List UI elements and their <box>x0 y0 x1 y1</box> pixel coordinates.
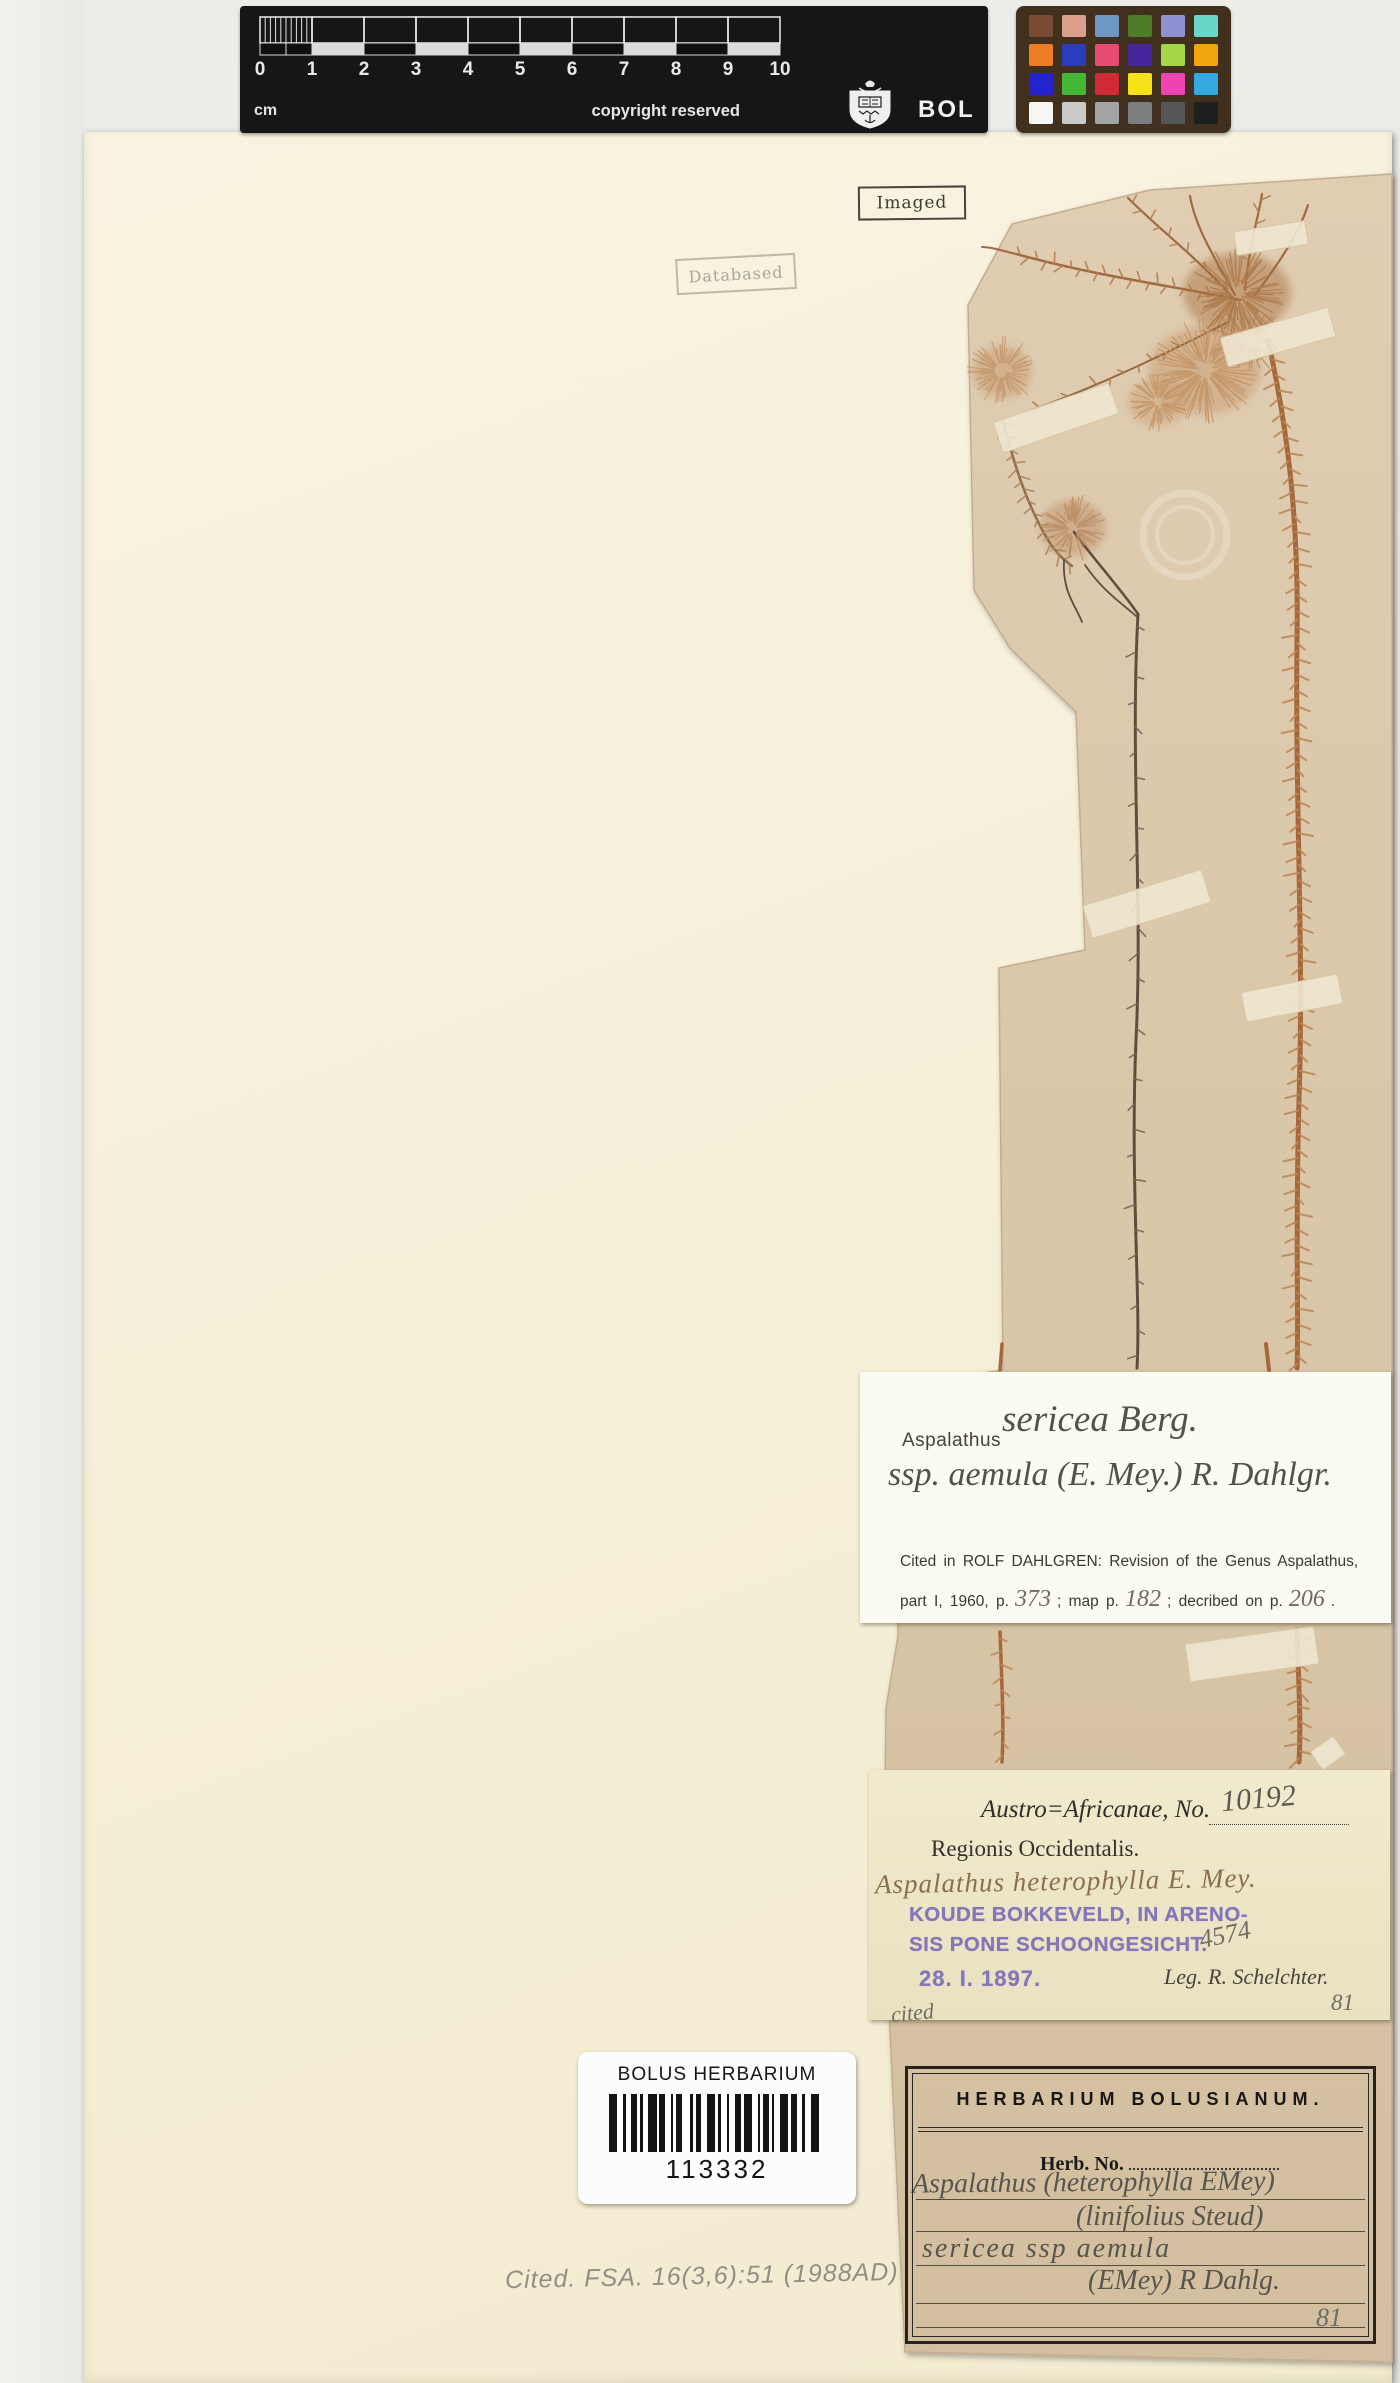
bolus-pencil-number: 81 <box>1316 2303 1342 2333</box>
color-patch <box>1194 102 1218 124</box>
color-patch <box>1161 44 1185 66</box>
herbarium-sheet <box>84 132 1392 2383</box>
collector-printed: Leg. R. Schelchter. <box>1164 1964 1328 1990</box>
ruler-number: 2 <box>351 59 377 81</box>
ruled-line <box>916 2303 1365 2304</box>
species-ink-handwritten: Aspalathus heterophylla E. Mey. <box>875 1863 1257 1901</box>
color-patch <box>1095 44 1119 66</box>
ruled-line <box>916 2327 1365 2328</box>
databased-stamp: Databased <box>675 253 797 295</box>
series-title: Austro=Africanae, No. <box>981 1796 1210 1824</box>
bolus-hand-line3: sericea ssp aemula <box>922 2233 1171 2265</box>
color-patch <box>1194 73 1218 95</box>
ruler-number: 0 <box>247 59 273 81</box>
cited-pencil-note: cited <box>890 1998 935 2028</box>
color-patch <box>1029 15 1053 37</box>
bolus-hand-line4: (EMey) R Dahlg. <box>1088 2265 1280 2297</box>
color-patch <box>1128 15 1152 37</box>
pencil-number: 81 <box>1331 1990 1354 2016</box>
locality-stamp-line1: KOUDE BOKKEVELD, IN ARENO- <box>909 1903 1248 1927</box>
citation-end: . <box>1331 1593 1335 1610</box>
citation-line2: part I, 1960, p.373; map p.182; decribed… <box>900 1577 1358 1621</box>
color-patch <box>1062 102 1086 124</box>
cited-page-number: 373 <box>1009 1586 1057 1612</box>
color-patch <box>1062 73 1086 95</box>
region-printed: Regionis Occidentalis. <box>931 1836 1139 1862</box>
locality-stamp-line2: SIS PONE SCHOONGESICHT. <box>909 1933 1208 1957</box>
ruler-number: 3 <box>403 59 429 81</box>
copyright-text: copyright reserved <box>440 102 740 121</box>
ruler-number: 1 <box>299 59 325 81</box>
color-patch <box>1161 102 1185 124</box>
scale-bar-card: 0 1 2 3 4 5 6 7 8 9 10 cm copyright rese… <box>240 6 988 133</box>
color-patch <box>1029 73 1053 95</box>
color-patch <box>1194 15 1218 37</box>
ruler-number: 4 <box>455 59 481 81</box>
described-page-number: 206 <box>1283 1586 1331 1612</box>
ruler-number: 9 <box>715 59 741 81</box>
color-patch <box>1161 15 1185 37</box>
map-page-number: 182 <box>1119 1586 1167 1612</box>
imaged-stamp: Imaged <box>858 185 966 220</box>
ruler-number: 6 <box>559 59 585 81</box>
citation-text: Cited in ROLF DAHLGREN: Revision of the … <box>900 1548 1358 1621</box>
subspecies-handwritten: ssp. aemula (E. Mey.) R. Dahlgr. <box>888 1456 1332 1494</box>
databased-stamp-text: Databased <box>688 262 784 286</box>
color-patch <box>1161 73 1185 95</box>
color-patch <box>1062 44 1086 66</box>
collection-number: 10192 <box>1220 1779 1298 1819</box>
map-prefix: ; map p. <box>1057 1593 1119 1610</box>
uct-crest-icon <box>832 76 908 130</box>
barcode-icon <box>609 2094 825 2152</box>
bolus-hand-line1: Aspalathus (heterophylla EMey) <box>912 2165 1275 2200</box>
institution-name: BOLUS HERBARIUM <box>578 2064 856 2086</box>
ruler-number: 10 <box>767 59 793 81</box>
color-patch <box>1128 44 1152 66</box>
color-patch <box>1128 73 1152 95</box>
collection-label: Austro=Africanae, No. 10192 Regionis Occ… <box>869 1770 1390 2020</box>
described-prefix: ; decribed on p. <box>1167 1593 1283 1610</box>
citation-part-prefix: part I, 1960, p. <box>900 1593 1009 1610</box>
color-checker-card <box>1016 6 1231 133</box>
accession-number: 113332 <box>578 2154 856 2185</box>
color-patch <box>1194 44 1218 66</box>
bolus-herbarium-label: HERBARIUM BOLUSIANUM. Herb. No. Aspalath… <box>905 2066 1376 2344</box>
ruler-graphic <box>252 16 792 56</box>
barcode-label: BOLUS HERBARIUM 113332 <box>578 2052 856 2204</box>
date-stamp: 28. I. 1897. <box>919 1966 1041 1992</box>
color-patch <box>1095 15 1119 37</box>
ruler-number: 8 <box>663 59 689 81</box>
color-patch <box>1062 15 1086 37</box>
bolus-header: HERBARIUM BOLUSIANUM. <box>908 2089 1373 2110</box>
color-patch <box>1029 44 1053 66</box>
header-divider <box>918 2127 1363 2132</box>
ruler-number: 5 <box>507 59 533 81</box>
number-dotted-line <box>1209 1824 1349 1825</box>
citation-line1: Cited in ROLF DAHLGREN: Revision of the … <box>900 1548 1358 1577</box>
bolus-hand-line2: (linifolius Steud) <box>1076 2201 1263 2233</box>
ruler-number: 7 <box>611 59 637 81</box>
color-patch <box>1095 73 1119 95</box>
bol-herbarium-code: BOL <box>918 96 975 124</box>
color-patch <box>1128 102 1152 124</box>
genus-printed: Aspalathus <box>902 1430 1001 1452</box>
herbarium-specimen-scan: 0 1 2 3 4 5 6 7 8 9 10 cm copyright rese… <box>0 0 1400 2383</box>
color-patch <box>1029 102 1053 124</box>
imaged-stamp-text: Imaged <box>876 193 947 214</box>
species-handwritten: sericea Berg. <box>1002 1398 1198 1441</box>
color-patch <box>1095 102 1119 124</box>
ruler-unit-label: cm <box>254 102 277 120</box>
determination-label: Aspalathus sericea Berg. ssp. aemula (E.… <box>860 1372 1391 1623</box>
